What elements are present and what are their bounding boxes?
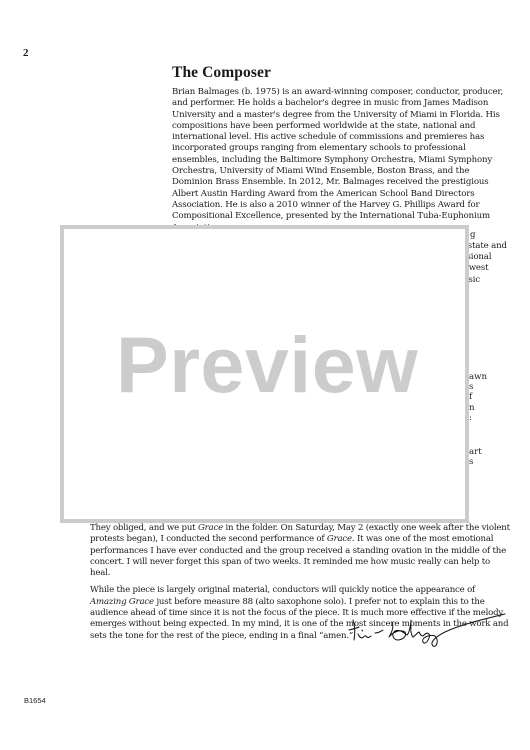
obscured-text-fragment: f <box>469 392 472 402</box>
composer-bio-paragraph: Brian Balmages (b. 1975) is an award-win… <box>172 87 508 234</box>
italic-title: Grace <box>327 534 352 544</box>
preview-watermark: Preview <box>116 325 418 404</box>
page-number: 2 <box>23 47 29 59</box>
text-run: While the piece is largely original mate… <box>90 585 475 595</box>
obscured-text-fragment: : <box>469 413 472 423</box>
composer-heading: The Composer <box>172 64 508 82</box>
catalog-code: B1654 <box>24 696 46 705</box>
obscured-text-fragment: s <box>469 382 473 392</box>
obscured-text-fragment: art <box>469 447 482 457</box>
italic-title: Amazing Grace <box>90 597 154 607</box>
signature-icon <box>345 612 510 662</box>
text-run: They obliged, and we put <box>90 523 198 533</box>
obscured-text-fragment: n <box>469 403 475 413</box>
preview-overlay: Preview <box>60 225 469 523</box>
program-notes-paragraph: They obliged, and we put Grace in the fo… <box>90 523 512 579</box>
obscured-text-fragment: awn <box>469 372 487 382</box>
italic-title: Grace <box>198 523 223 533</box>
obscured-text-fragment: g <box>470 230 476 240</box>
obscured-text-fragment: s <box>469 457 473 467</box>
